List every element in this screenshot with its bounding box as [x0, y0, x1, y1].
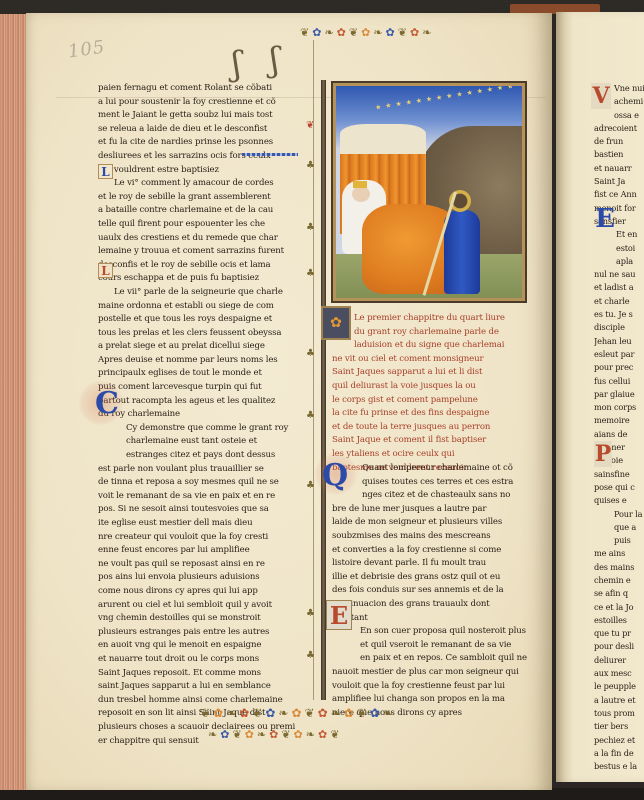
initial-V-red: V — [591, 83, 611, 109]
text-line: est parle non voulant plus trauaillier s… — [98, 463, 303, 477]
text-line: laide de mon seigneur et plusieurs ville… — [332, 516, 534, 530]
rubric-line: la cite fu prinse et des fins despaigne — [332, 407, 534, 421]
text-line: aux mesc — [594, 667, 644, 680]
text-line: deliurer — [594, 654, 644, 667]
text-line: pos. Si ne sesoit ainsi toutesvoies que … — [98, 503, 303, 517]
text-line: il ot tant — [332, 612, 534, 626]
rubric-line: Saint Jaque et coment il fist baptiser — [332, 434, 534, 448]
text-line: illie et debrisie des grans ostz quil ot… — [332, 571, 534, 585]
text-line: par glaiue — [594, 388, 644, 401]
text-line: me ains — [594, 547, 644, 560]
text-line: Saint Jaques reposoit. Et comme mons — [98, 667, 303, 681]
text-line: Cy demonstre que comme le grant roy — [98, 422, 303, 436]
text-line: Apres deuise et nomme par leurs noms les — [98, 354, 303, 368]
text-line: en auoit vng qui le menoit en espaigne — [98, 639, 303, 653]
text-line: estranges citez et pays dont dessus — [98, 449, 303, 463]
text-line: et ladist a — [594, 281, 644, 294]
text-line: tous les prelas et les clers feussent ob… — [98, 327, 303, 341]
initial-E-red: E — [326, 600, 352, 630]
text-line: continuacion des grans trauaulx dont — [332, 598, 534, 612]
text-line: esleut par — [594, 348, 644, 361]
text-line: telle quil firent pour espouenter les ch… — [98, 218, 303, 232]
text-line: voit le remanant de sa vie en paix et en… — [98, 490, 303, 504]
text-line: tier bers — [594, 720, 644, 733]
vine-leaf-icon: ♣ — [306, 480, 315, 491]
text-line: ite eglise eust mestier dell mais dieu — [98, 517, 303, 531]
rubric-line: du grant roy charlemaine parle de — [332, 326, 534, 340]
text-line: apla — [594, 255, 644, 268]
text-line: tous prom — [594, 707, 644, 720]
rubric-line: et de toute la terre jusques au perron — [332, 421, 534, 435]
text-line: et charle — [594, 295, 644, 308]
folio-number: 105 — [67, 37, 107, 63]
rubric-line: le corps gist et coment pampelune — [332, 394, 534, 408]
text-line: et le roy de sebille la grant assemblere… — [98, 191, 303, 205]
text-line: ossa e — [594, 109, 644, 122]
text-line: quises toutes ces terres et ces estra — [332, 476, 534, 490]
rubric-line: ne vit ou ciel et coment monsigneur — [332, 353, 534, 367]
text-line: puis — [594, 534, 644, 547]
text-line: en paix et en repos. Ce sambloit quil ne — [332, 652, 534, 666]
text-line: ce et la Jo — [594, 601, 644, 614]
text-line: nauoit mestier de plus car mon seigneur … — [332, 666, 534, 680]
text-line: estoi — [594, 242, 644, 255]
text-line: pose qui c — [594, 481, 644, 494]
vine-leaf-icon: ♣ — [306, 348, 315, 359]
vine-leaf-icon: ♣ — [306, 410, 315, 421]
vine-leaf-icon: ❦ — [306, 120, 314, 131]
initial-C-blue: C — [94, 388, 120, 418]
text-line: saint Jaques sapparut a lui en semblance — [98, 680, 303, 694]
text-line: pos ains lui envoia plusieurs aduisions — [98, 571, 303, 585]
text-line: pour prec — [594, 361, 644, 374]
text-line: disciple — [594, 321, 644, 334]
middle-text-column: Quant lempereur charlemaine ot cõquises … — [332, 462, 534, 720]
text-line: pour desli — [594, 640, 644, 653]
text-line: vng chemin destoilles qui se monstroit — [98, 612, 303, 626]
initial-E-blue: E — [594, 204, 616, 234]
text-line: puis coment larcevesque turpin qui fut — [98, 381, 303, 395]
text-line: a lui pour soustenir la foy crestienne e… — [98, 96, 303, 110]
rubric-line: Le premier chappitre du quart liure — [332, 312, 534, 326]
text-line: partout racompta les ageus et les qualit… — [98, 395, 303, 409]
text-line: des mains — [594, 561, 644, 574]
text-line: fus cellui — [594, 375, 644, 388]
miniature-painting: ★★★★★★★★★★★★★★ — [336, 86, 522, 298]
text-line: pechiez et — [594, 734, 644, 747]
crown-icon — [353, 181, 367, 188]
text-line: nges citez et de chasteaulx sans no — [332, 489, 534, 503]
text-line: soubzmises des mains des mescreans — [332, 530, 534, 544]
text-line: uaulx des crestiens et du remede que cha… — [98, 232, 303, 246]
initial-P-red: P — [594, 441, 612, 467]
vine-leaf-icon: ♣ — [306, 160, 315, 171]
text-line: le peupple — [594, 680, 644, 693]
text-line: En son cuer proposa quil nosteroit plus — [332, 625, 534, 639]
text-line: que a — [594, 521, 644, 534]
text-line: se afin q — [594, 587, 644, 600]
text-line: mon corps — [594, 401, 644, 414]
text-line: a lautre et — [594, 694, 644, 707]
text-line: a la fin de — [594, 747, 644, 760]
text-line: et nauarre tout droit ou le corps mons — [98, 653, 303, 667]
text-line: ment le Jaiant le getta soubz lui mais t… — [98, 109, 303, 123]
left-text-column: paien fernagu et coment Rolant se cõbati… — [98, 82, 303, 748]
rubric-line: quil deliurast la voie jusques la ou — [332, 380, 534, 394]
saint-james-robe — [444, 210, 480, 294]
initial-L-blue: L — [98, 164, 113, 179]
text-line: ne voult pas quil se reposast ainsi en r… — [98, 558, 303, 572]
text-line: sainsfine — [594, 468, 644, 481]
top-floral-spray: ❦✿❧✿❦✿❧✿❦✿❧ — [300, 26, 434, 39]
bottom-floral-spray: ❦✿❧✿❦✿❧✿❦✿❧✿❦✿❧ — [200, 706, 396, 720]
page-edge-stack — [0, 14, 29, 790]
text-line: arurent ou ciel et lui sembloit quil y a… — [98, 599, 303, 613]
ascender-flourish: ʃ — [232, 44, 241, 84]
text-line: desliurees et les sarrazins ocis fors ce… — [98, 150, 303, 164]
text-line: a bataille contre charlemaine et de la c… — [98, 204, 303, 218]
miniature-frame: ★★★★★★★★★★★★★★ — [331, 81, 527, 303]
text-line: bestus e la — [594, 760, 644, 773]
text-line: enne feust encores par lui amplifiee — [98, 544, 303, 558]
text-line: nul ne sau — [594, 268, 644, 281]
text-line: et nauarr — [594, 162, 644, 175]
text-line: des fois conduis sur ses annemis et de l… — [332, 584, 534, 598]
text-line: a prelat siege et au prelat dicellui sie… — [98, 340, 303, 354]
line-filler — [242, 153, 298, 156]
text-line: chemin e — [594, 574, 644, 587]
text-line: plusieurs estranges pais entre les autre… — [98, 626, 303, 640]
vine-leaf-icon: ♣ — [306, 222, 315, 233]
text-line: nre createur qui vouloit que la foy cres… — [98, 531, 303, 545]
rubric-line: Saint Jaques sapparut a lui et li dist — [332, 366, 534, 380]
text-line: amplifiee lui changa son propos en la ma — [332, 693, 534, 707]
text-line: cours eschappa et de puis fu baptisiez — [98, 272, 303, 286]
rubric-text: Le premier chappitre du quart liuredu gr… — [332, 312, 534, 475]
bottom-floral-spray-lower: ❧✿❦✿❧✿❦✿❧✿❦ — [208, 728, 342, 741]
text-line: que tu pr — [594, 627, 644, 640]
text-line: Le vii° parle de la seigneurie que charl… — [98, 286, 303, 300]
text-line: se releua a laide de dieu et le desconfi… — [98, 123, 303, 137]
vine-leaf-icon: ♣ — [306, 268, 315, 279]
rubric-line: laduision et du signe que charlemai — [332, 339, 534, 353]
vine-leaf-icon: ♣ — [306, 650, 315, 661]
recto-text-column: Vne nuitachemiossa eadrecoientde frunbas… — [594, 82, 644, 773]
text-line: Saint Ja — [594, 175, 644, 188]
text-line: charlemaine eust tant osteie et — [98, 435, 303, 449]
text-line: maine ordonna et establi ou siege de com — [98, 300, 303, 314]
margin-vine — [313, 40, 314, 700]
text-line: de tinna et reposa a soy mesmes quil ne … — [98, 476, 303, 490]
text-line: bre de lune mer jusques a lautre par — [332, 503, 534, 517]
text-line: fist ce Ann — [594, 188, 644, 201]
text-line: adrecoient — [594, 122, 644, 135]
text-line: postelle et que tous les roys despaigne … — [98, 313, 303, 327]
charlemagne-head — [352, 186, 370, 202]
text-line: de frun — [594, 135, 644, 148]
text-line: memoire — [594, 414, 644, 427]
bed-canopy — [340, 124, 426, 157]
initial-L-red: L — [98, 263, 113, 278]
text-line: Le vi° comment ly amacour de cordes — [98, 177, 303, 191]
text-line: estoilles — [594, 614, 644, 627]
text-line: Jehan leu — [594, 335, 644, 348]
text-line: desconfis et le roy de sebille ocis et l… — [98, 259, 303, 273]
text-line: lemaine y trouua et coment sarrazins fur… — [98, 245, 303, 259]
text-line: qui vouldrent estre baptisiez — [98, 164, 303, 178]
text-line: et quil vseroit le remanant de sa vie — [332, 639, 534, 653]
rubric-line: les ytaliens et ocire ceulx qui — [332, 448, 534, 462]
text-line: Pour la — [594, 508, 644, 521]
initial-Q-blue: Q — [322, 460, 348, 490]
text-line: quises e — [594, 494, 644, 507]
text-line: et converties a la foy crestienne si com… — [332, 544, 534, 558]
vine-leaf-icon: ♣ — [306, 608, 315, 619]
text-line: du roy charlemaine — [98, 408, 303, 422]
text-line: paien fernagu et coment Rolant se cõbati — [98, 82, 303, 96]
text-line: principaulx eglises de tout le monde et — [98, 367, 303, 381]
text-line: bastien — [594, 148, 644, 161]
text-line: come nous dirons cy apres qui lui app — [98, 585, 303, 599]
top-dark-band — [0, 0, 644, 14]
text-line: et fu la cite de nardies prinse les pson… — [98, 136, 303, 150]
text-line: Quant lempereur charlemaine ot cõ — [332, 462, 534, 476]
text-line: listoire devant parle. Il fu moult trau — [332, 557, 534, 571]
ascender-flourish: ʃ — [270, 40, 279, 80]
text-line: vouloit que la foy crestienne feust par … — [332, 680, 534, 694]
text-line: aians de — [594, 428, 644, 441]
text-line: es tu. Je s — [594, 308, 644, 321]
